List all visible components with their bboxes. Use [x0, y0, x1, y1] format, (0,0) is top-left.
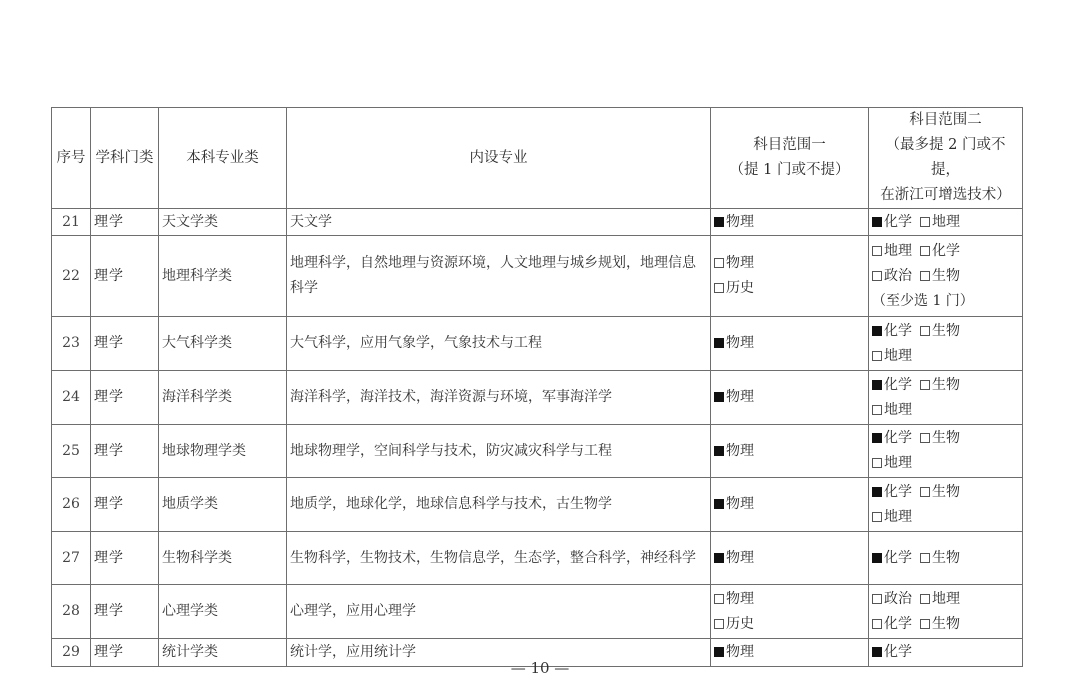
subject-option: 生物: [920, 546, 960, 571]
subject-requirements-table: 序号 学科门类 本科专业类 内设专业 科目范围一 （提 1 门或不提） 科目范围…: [51, 107, 1023, 667]
subject-option: 地理: [872, 505, 912, 530]
subject-label: 地理: [884, 402, 912, 418]
row-discipline: 理学: [91, 532, 159, 585]
subject-label: 化学: [884, 484, 912, 500]
subject-label: 地理: [884, 243, 912, 259]
header-discipline: 学科门类: [91, 108, 159, 209]
subject-option: 化学: [872, 210, 912, 235]
unchecked-box-icon: [714, 594, 724, 604]
row-range2: 化学地理: [869, 209, 1023, 236]
subject-label: 化学: [884, 616, 912, 632]
row-index: 28: [52, 585, 91, 639]
row-discipline: 理学: [91, 209, 159, 236]
unchecked-box-icon: [872, 619, 882, 629]
checked-box-icon: [714, 338, 724, 348]
table-row: 22理学地理科学类地理科学，自然地理与资源环境，人文地理与城乡规划，地理信息科学…: [52, 236, 1023, 317]
row-discipline: 理学: [91, 371, 159, 425]
checked-box-icon: [872, 217, 882, 227]
checked-box-icon: [872, 326, 882, 336]
unchecked-box-icon: [872, 405, 882, 415]
header-range2-note1: （最多提 2 门或不提，: [872, 133, 1019, 183]
checked-box-icon: [872, 553, 882, 563]
unchecked-box-icon: [920, 380, 930, 390]
checked-box-icon: [872, 487, 882, 497]
subject-option: 物理: [714, 492, 754, 517]
checked-box-icon: [714, 446, 724, 456]
unchecked-box-icon: [872, 271, 882, 281]
subject-option: 化学: [872, 373, 912, 398]
subject-option: 历史: [714, 276, 754, 301]
table-header-row: 序号 学科门类 本科专业类 内设专业 科目范围一 （提 1 门或不提） 科目范围…: [52, 108, 1023, 209]
subject-option: 化学: [872, 546, 912, 571]
subject-label: 地理: [932, 214, 960, 230]
row-discipline: 理学: [91, 478, 159, 532]
header-range1-note: （提 1 门或不提）: [714, 158, 865, 183]
subject-label: 物理: [726, 443, 754, 459]
subject-option: 物理: [714, 546, 754, 571]
header-majors: 内设专业: [287, 108, 711, 209]
subject-option: 化学: [920, 239, 960, 264]
row-range1: 物理: [711, 425, 869, 478]
subject-option: 物理: [714, 251, 754, 276]
row-discipline: 理学: [91, 425, 159, 478]
subject-label: 政治: [884, 591, 912, 607]
unchecked-box-icon: [872, 594, 882, 604]
subject-option: 化学: [872, 612, 912, 637]
table-row: 23理学大气科学类大气科学，应用气象学，气象技术与工程物理化学生物地理: [52, 317, 1023, 371]
subject-label: 化学: [884, 430, 912, 446]
row-range1: 物理: [711, 478, 869, 532]
subject-label: 生物: [932, 484, 960, 500]
unchecked-box-icon: [872, 246, 882, 256]
subject-option: 地理: [872, 344, 912, 369]
table-row: 28理学心理学类心理学，应用心理学物理历史政治地理化学生物: [52, 585, 1023, 639]
subject-label: 政治: [884, 268, 912, 284]
row-majors: 地质学，地球化学，地球信息科学与技术，古生物学: [287, 478, 711, 532]
row-index: 21: [52, 209, 91, 236]
subject-option: 生物: [920, 319, 960, 344]
subject-label: 地理: [932, 591, 960, 607]
checked-box-icon: [714, 553, 724, 563]
subject-label: 历史: [726, 280, 754, 296]
row-major-class: 大气科学类: [159, 317, 287, 371]
header-range2: 科目范围二 （最多提 2 门或不提， 在浙江可增选技术）: [869, 108, 1023, 209]
page-number: — 10 —: [0, 659, 1080, 677]
header-range1-title: 科目范围一: [714, 133, 865, 158]
subject-option: 化学: [872, 480, 912, 505]
row-range1: 物理: [711, 371, 869, 425]
header-major-class: 本科专业类: [159, 108, 287, 209]
checked-box-icon: [872, 647, 882, 657]
subject-label: 化学: [884, 644, 912, 660]
row-discipline: 理学: [91, 236, 159, 317]
subject-label: 历史: [726, 616, 754, 632]
checked-box-icon: [714, 392, 724, 402]
unchecked-box-icon: [872, 458, 882, 468]
unchecked-box-icon: [920, 594, 930, 604]
row-range2: 地理化学政治生物（至少选 1 门）: [869, 236, 1023, 317]
header-range1: 科目范围一 （提 1 门或不提）: [711, 108, 869, 209]
subject-option: 地理: [872, 451, 912, 476]
row-discipline: 理学: [91, 585, 159, 639]
subject-option: 政治: [872, 264, 912, 289]
row-majors: 天文学: [287, 209, 711, 236]
subject-label: 物理: [726, 335, 754, 351]
unchecked-box-icon: [920, 487, 930, 497]
checked-box-icon: [714, 647, 724, 657]
subject-option: 物理: [714, 331, 754, 356]
subject-label: 生物: [932, 377, 960, 393]
subject-option: 物理: [714, 210, 754, 235]
row-index: 26: [52, 478, 91, 532]
checked-box-icon: [872, 433, 882, 443]
row-range1: 物理历史: [711, 236, 869, 317]
row-index: 25: [52, 425, 91, 478]
unchecked-box-icon: [920, 217, 930, 227]
unchecked-box-icon: [920, 271, 930, 281]
subject-label: 物理: [726, 644, 754, 660]
header-range2-title: 科目范围二: [872, 108, 1019, 133]
row-range2: 化学生物: [869, 532, 1023, 585]
row-index: 27: [52, 532, 91, 585]
subject-option: 生物: [920, 264, 960, 289]
row-major-class: 海洋科学类: [159, 371, 287, 425]
subject-option: 地理: [920, 210, 960, 235]
header-range2-note2: 在浙江可增选技术）: [872, 183, 1019, 208]
subject-option: 化学: [872, 319, 912, 344]
subject-label: 化学: [884, 377, 912, 393]
row-range2: 化学生物地理: [869, 425, 1023, 478]
subject-option: 物理: [714, 587, 754, 612]
table-row: 24理学海洋科学类海洋科学，海洋技术，海洋资源与环境，军事海洋学物理化学生物地理: [52, 371, 1023, 425]
subject-label: 物理: [726, 214, 754, 230]
row-index: 23: [52, 317, 91, 371]
subject-label: 物理: [726, 550, 754, 566]
subject-option: 地理: [872, 398, 912, 423]
subject-option: 生物: [920, 612, 960, 637]
row-range1: 物理: [711, 532, 869, 585]
subject-option: 物理: [714, 439, 754, 464]
row-range2: 政治地理化学生物: [869, 585, 1023, 639]
table-row: 25理学地球物理学类地球物理学，空间科学与技术，防灾减灾科学与工程物理化学生物地…: [52, 425, 1023, 478]
subject-option: 政治: [872, 587, 912, 612]
row-range2: 化学生物地理: [869, 478, 1023, 532]
unchecked-box-icon: [714, 283, 724, 293]
row-major-class: 天文学类: [159, 209, 287, 236]
row-range1: 物理: [711, 209, 869, 236]
unchecked-box-icon: [920, 553, 930, 563]
row-range1: 物理历史: [711, 585, 869, 639]
row-range2: 化学生物地理: [869, 371, 1023, 425]
row-major-class: 地球物理学类: [159, 425, 287, 478]
subject-label: 生物: [932, 430, 960, 446]
subject-label: 地理: [884, 455, 912, 471]
subject-label: 地理: [884, 348, 912, 364]
table-row: 26理学地质学类地质学，地球化学，地球信息科学与技术，古生物学物理化学生物地理: [52, 478, 1023, 532]
subject-label: 地理: [884, 509, 912, 525]
subject-label: 生物: [932, 323, 960, 339]
row-majors: 大气科学，应用气象学，气象技术与工程: [287, 317, 711, 371]
row-range1: 物理: [711, 317, 869, 371]
subject-label: 化学: [884, 323, 912, 339]
checked-box-icon: [872, 380, 882, 390]
subject-label: 化学: [932, 243, 960, 259]
unchecked-box-icon: [920, 619, 930, 629]
row-majors: 地理科学，自然地理与资源环境，人文地理与城乡规划，地理信息科学: [287, 236, 711, 317]
subject-option: 生物: [920, 426, 960, 451]
subject-label: 物理: [726, 591, 754, 607]
unchecked-box-icon: [920, 326, 930, 336]
subject-option: 生物: [920, 480, 960, 505]
unchecked-box-icon: [872, 512, 882, 522]
row-index: 24: [52, 371, 91, 425]
row-majors: 生物科学，生物技术，生物信息学，生态学，整合科学，神经科学: [287, 532, 711, 585]
header-index: 序号: [52, 108, 91, 209]
row-majors: 海洋科学，海洋技术，海洋资源与环境，军事海洋学: [287, 371, 711, 425]
unchecked-box-icon: [920, 246, 930, 256]
subject-option: 历史: [714, 612, 754, 637]
table-row: 27理学生物科学类生物科学，生物技术，生物信息学，生态学，整合科学，神经科学物理…: [52, 532, 1023, 585]
unchecked-box-icon: [920, 433, 930, 443]
subject-option: 化学: [872, 426, 912, 451]
subject-label: 生物: [932, 268, 960, 284]
row-majors: 地球物理学，空间科学与技术，防灾减灾科学与工程: [287, 425, 711, 478]
checked-box-icon: [714, 499, 724, 509]
unchecked-box-icon: [714, 258, 724, 268]
subject-option: 物理: [714, 385, 754, 410]
row-major-class: 地理科学类: [159, 236, 287, 317]
subject-option: 地理: [920, 587, 960, 612]
row-discipline: 理学: [91, 317, 159, 371]
checked-box-icon: [714, 217, 724, 227]
subject-label: 化学: [884, 214, 912, 230]
row-majors: 心理学，应用心理学: [287, 585, 711, 639]
subject-label: 物理: [726, 389, 754, 405]
row-index: 22: [52, 236, 91, 317]
row-major-class: 生物科学类: [159, 532, 287, 585]
subject-label: 化学: [884, 550, 912, 566]
unchecked-box-icon: [714, 619, 724, 629]
row-range2: 化学生物地理: [869, 317, 1023, 371]
row-major-class: 心理学类: [159, 585, 287, 639]
row-major-class: 地质学类: [159, 478, 287, 532]
subject-label: 物理: [726, 255, 754, 271]
table-row: 21理学天文学类天文学物理化学地理: [52, 209, 1023, 236]
range2-note: （至少选 1 门）: [872, 289, 1019, 314]
subject-label: 生物: [932, 616, 960, 632]
subject-option: 地理: [872, 239, 912, 264]
subject-label: 生物: [932, 550, 960, 566]
subject-label: 物理: [726, 496, 754, 512]
unchecked-box-icon: [872, 351, 882, 361]
subject-option: 生物: [920, 373, 960, 398]
